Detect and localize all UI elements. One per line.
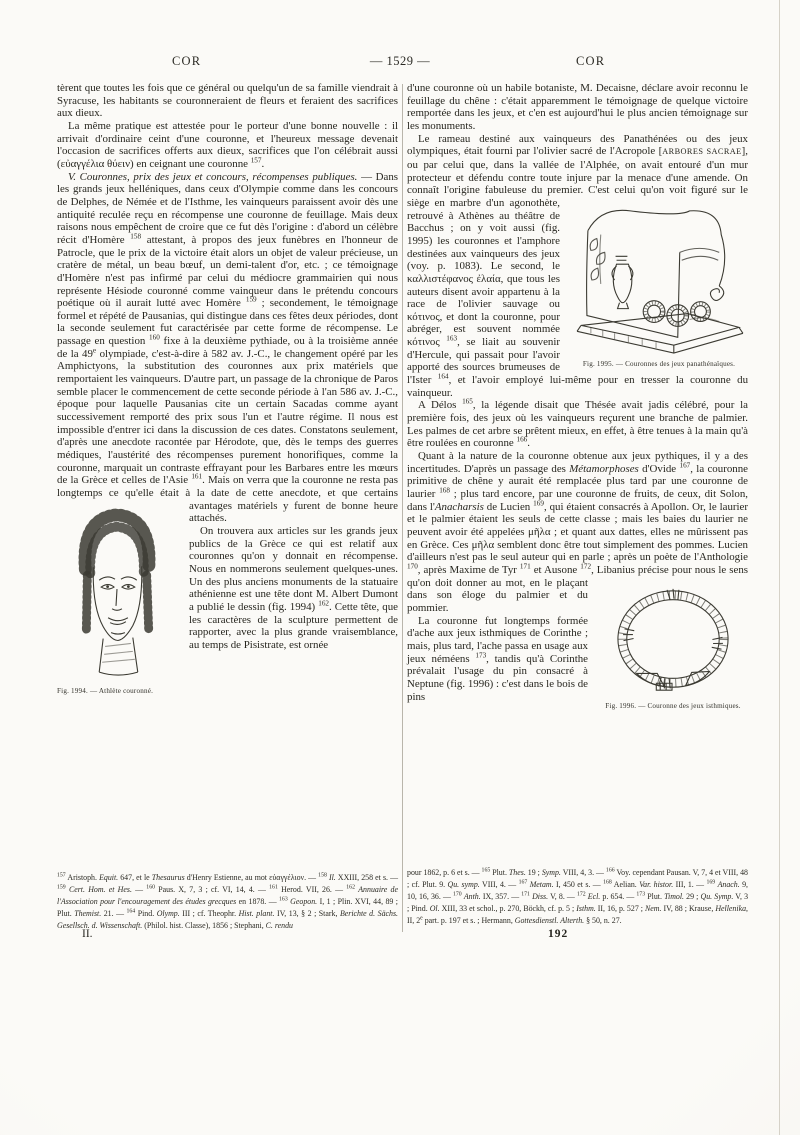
- figure-1996: Fig. 1996. — Couronne des jeux isthmique…: [598, 581, 748, 711]
- footnotes-right: pour 1862, p. 6 et s. — 165 Plut. Thes. …: [407, 867, 748, 927]
- paragraph: La même pratique est attestée pour le po…: [57, 120, 398, 171]
- isthmian-pine-wreath-engraving: [598, 581, 748, 699]
- running-title-right: COR: [576, 54, 605, 69]
- running-title-left: COR: [172, 54, 201, 69]
- panathenaic-marble-seat-engraving: [570, 201, 748, 357]
- figure-1995-caption: Fig. 1995. — Couronnes des jeux panathén…: [570, 360, 748, 369]
- paragraph: d'une couronne où un habile botaniste, M…: [407, 82, 748, 133]
- paragraph: V. Couronnes, prix des jeux et concours,…: [57, 171, 398, 525]
- paragraph: tèrent que toutes les fois que ce généra…: [57, 82, 398, 120]
- figure-1995: Fig. 1995. — Couronnes des jeux panathén…: [570, 201, 748, 369]
- right-column: d'une couronne où un habile botaniste, M…: [407, 82, 748, 713]
- sheet-number: 192: [548, 928, 568, 940]
- paragraph-text: Quant à la nature de la couronne obtenue…: [407, 450, 748, 576]
- left-column: tèrent que toutes les fois que ce généra…: [57, 82, 398, 698]
- crowned-athlete-head-engraving: [57, 504, 177, 684]
- column-divider-rule: [402, 84, 403, 932]
- volume-signature: II.: [82, 928, 93, 940]
- paragraph: Le rameau destiné aux vainqueurs des Pan…: [407, 133, 748, 400]
- paragraph-text: avantages matériels y furent de bonne he…: [189, 500, 398, 525]
- page-edge-line: [779, 0, 780, 1135]
- header-page-number: — 1529 —: [344, 54, 456, 69]
- figure-1996-caption: Fig. 1996. — Couronne des jeux isthmique…: [598, 702, 748, 711]
- figure-1994: Fig. 1994. — Athlète couronné.: [57, 504, 179, 696]
- paragraph: A Délos 165, la légende disait que Thésé…: [407, 399, 748, 450]
- scanned-page: COR — 1529 — COR tèrent que toutes les f…: [0, 0, 800, 1135]
- paragraph: Quant à la nature de la couronne obtenue…: [407, 450, 748, 615]
- footnotes-left: 157 Aristoph. Equit. 647, et le Thesauru…: [57, 872, 398, 932]
- paragraph-text: V. Couronnes, prix des jeux et concours,…: [57, 171, 398, 499]
- paragraph-text: Le rameau destiné aux vainqueurs des Pan…: [407, 133, 748, 209]
- figure-1994-caption: Fig. 1994. — Athlète couronné.: [57, 687, 179, 696]
